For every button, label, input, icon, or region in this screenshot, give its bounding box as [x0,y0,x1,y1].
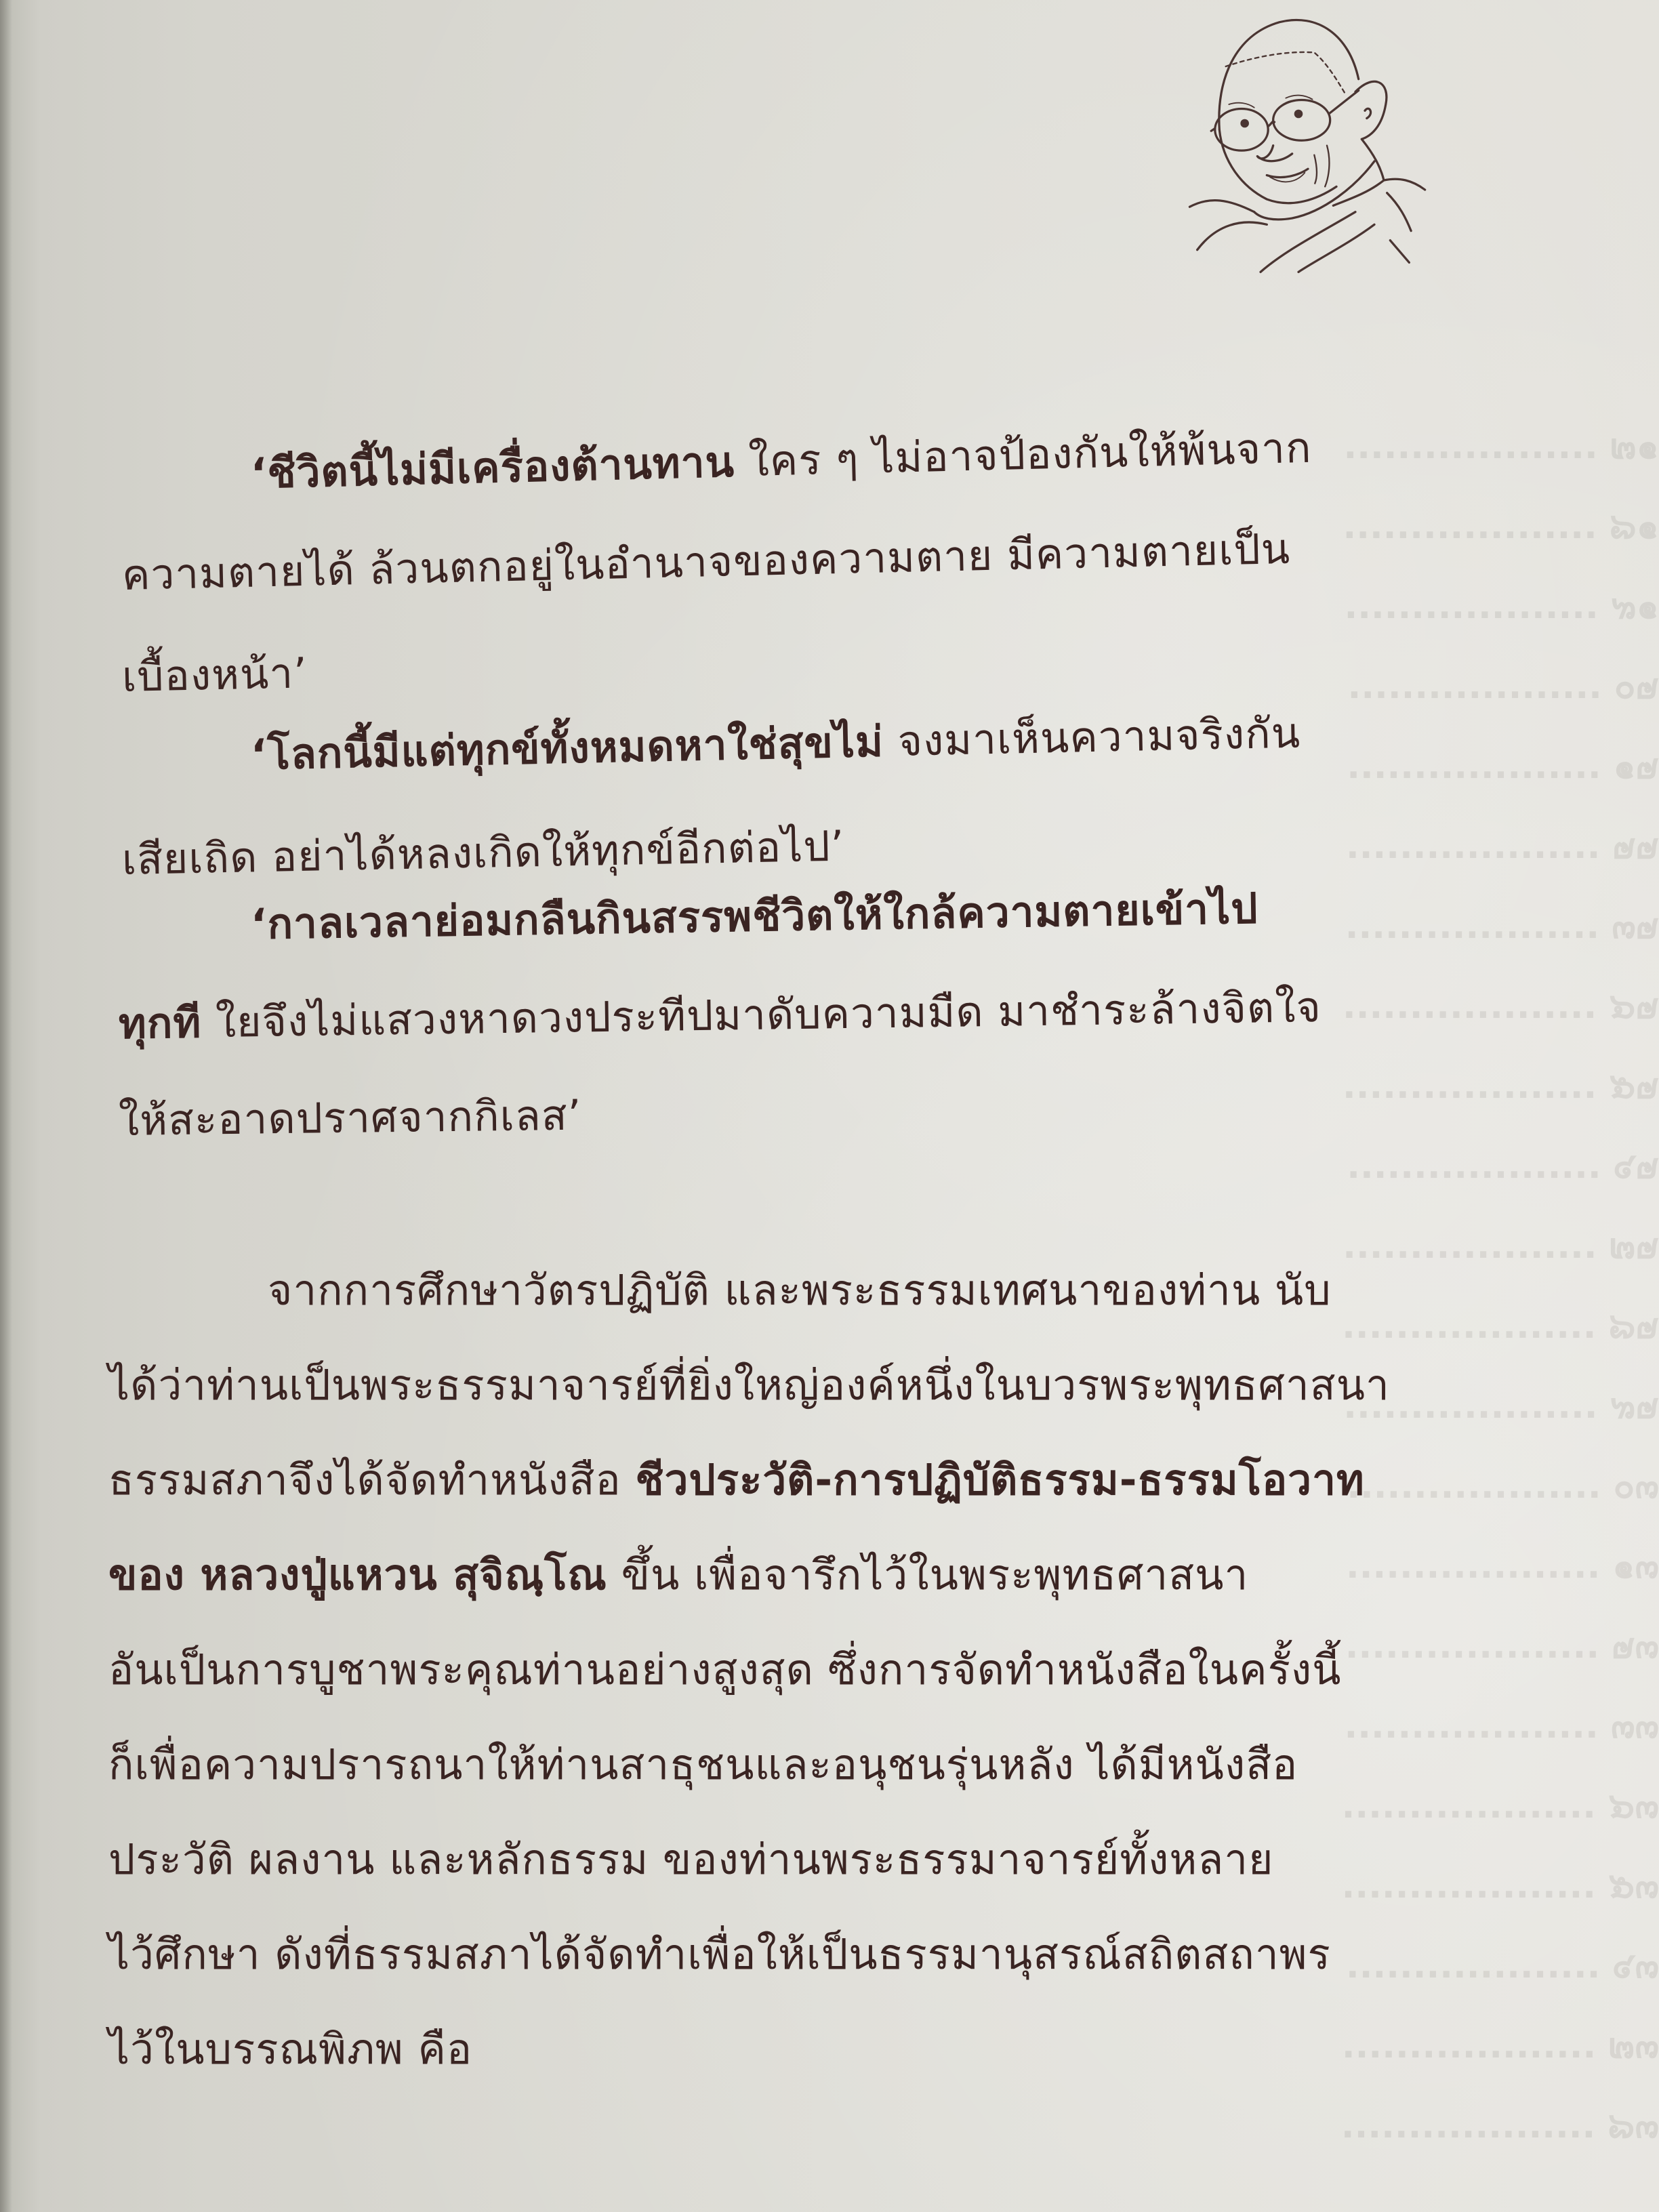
body-line-5: อันเป็นการบูชาพระคุณท่านอย่างสูงสุด ซึ่ง… [108,1637,1342,1703]
bold-quote: ‘กาลเวลาย่อมกลืนกินสรรพชีวิตให้ใกล้ความต… [250,884,1258,949]
body-text: อันเป็นการบูชาพระคุณท่านอย่างสูงสุด ซึ่ง… [108,1645,1342,1694]
quote-3-line-2: ทุกที ใยจึงไม่แสวงหาดวงประทีปมาดับความมื… [118,974,1322,1057]
body-line-3: ธรรมสภาจึงได้จัดทำหนังสือ ชีวประวัติ-การ… [108,1447,1365,1513]
monk-name: ของ หลวงปู่แหวน สุจิณฺโณ [108,1550,607,1599]
body-line-2: ได้ว่าท่านเป็นพระธรรมาจารย์ที่ยิ่งใหญ่อง… [108,1352,1390,1418]
bleed-through-text: ๑๗ ...................๑๘ ...............… [1279,407,1659,2169]
monk-portrait-icon [1166,0,1450,285]
quote-text: ให้สะอาดปราศจากกิเลส’ [119,1090,582,1145]
quote-2-line-2: เสียเถิด อย่าได้หลงเกิดให้ทุกข์อีกต่อไป’ [121,813,845,893]
body-text: ขึ้น เพื่อจารึกไว้ในพระพุทธศาสนา [607,1550,1248,1599]
bold-quote: ทุกที [118,998,201,1048]
body-text: ธรรมสภาจึงได้จัดทำหนังสือ [108,1455,635,1504]
quote-text: ความตายได้ ล้วนตกอยู่ในอำนาจของความตาย ม… [121,524,1291,600]
body-line-7: ประวัติ ผลงาน และหลักธรรม ของท่านพระธรรม… [108,1826,1273,1893]
spine-shadow [0,0,12,2212]
body-line-1: จากการศึกษาวัตรปฏิบัติ และพระธรรมเทศนาขอ… [268,1257,1332,1324]
body-line-4: ของ หลวงปู่แหวน สุจิณฺโณ ขึ้น เพื่อจารึก… [108,1542,1248,1608]
quote-1-line-3: เบื้องหน้า’ [121,640,308,710]
bold-quote: ‘ชีวิตนี้ไม่มีเครื่องต้านทาน [250,437,735,498]
book-page: ๑๗ ...................๑๘ ...............… [0,0,1659,2212]
bold-quote: ‘โลกนี้มีแต่ทุกข์ทั้งหมดหาใช่สุขไม่ [250,716,884,779]
body-text: ประวัติ ผลงาน และหลักธรรม ของท่านพระธรรม… [108,1835,1273,1884]
body-text: ไว้ศึกษา ดังที่ธรรมสภาได้จัดทำเพื่อให้เป… [108,1929,1331,1979]
quote-text: จงมาเห็นความจริงกัน [883,708,1301,766]
body-text: ก็เพื่อความปรารถนาให้ท่านสาธุชนและอนุชนร… [108,1740,1298,1789]
quote-text: ใคร ๆ ไม่อาจป้องกันให้พ้นจาก [734,423,1312,487]
body-line-8: ไว้ศึกษา ดังที่ธรรมสภาได้จัดทำเพื่อให้เป… [108,1921,1331,1988]
quote-2-line-1: ‘โลกนี้มีแต่ทุกข์ทั้งหมดหาใช่สุขไม่ จงมา… [250,700,1301,788]
body-line-6: ก็เพื่อความปรารถนาให้ท่านสาธุชนและอนุชนร… [108,1732,1298,1798]
quote-1-line-1: ‘ชีวิตนี้ไม่มีเครื่องต้านทาน ใคร ๆ ไม่อา… [250,415,1313,507]
quote-1-line-2: ความตายได้ ล้วนตกอยู่ในอำนาจของความตาย ม… [121,516,1291,609]
body-text: ไว้ในบรรณพิภพ คือ [108,2024,472,2074]
quote-text: เบื้องหน้า’ [121,648,308,701]
body-text: ได้ว่าท่านเป็นพระธรรมาจารย์ที่ยิ่งใหญ่อง… [108,1360,1390,1410]
quote-text: ใยจึงไม่แสวงหาดวงประทีปมาดับความมืด มาชำ… [201,982,1322,1047]
body-line-9: ไว้ในบรรณพิภพ คือ [108,2016,472,2083]
body-text: จากการศึกษาวัตรปฏิบัติ และพระธรรมเทศนาขอ… [268,1265,1332,1315]
quote-3-line-3: ให้สะอาดปราศจากกิเลส’ [118,1082,582,1154]
book-title: ชีวประวัติ-การปฏิบัติธรรม-ธรรมโอวาท [635,1455,1364,1504]
quote-text: เสียเถิด อย่าได้หลงเกิดให้ทุกข์อีกต่อไป’ [121,821,845,884]
